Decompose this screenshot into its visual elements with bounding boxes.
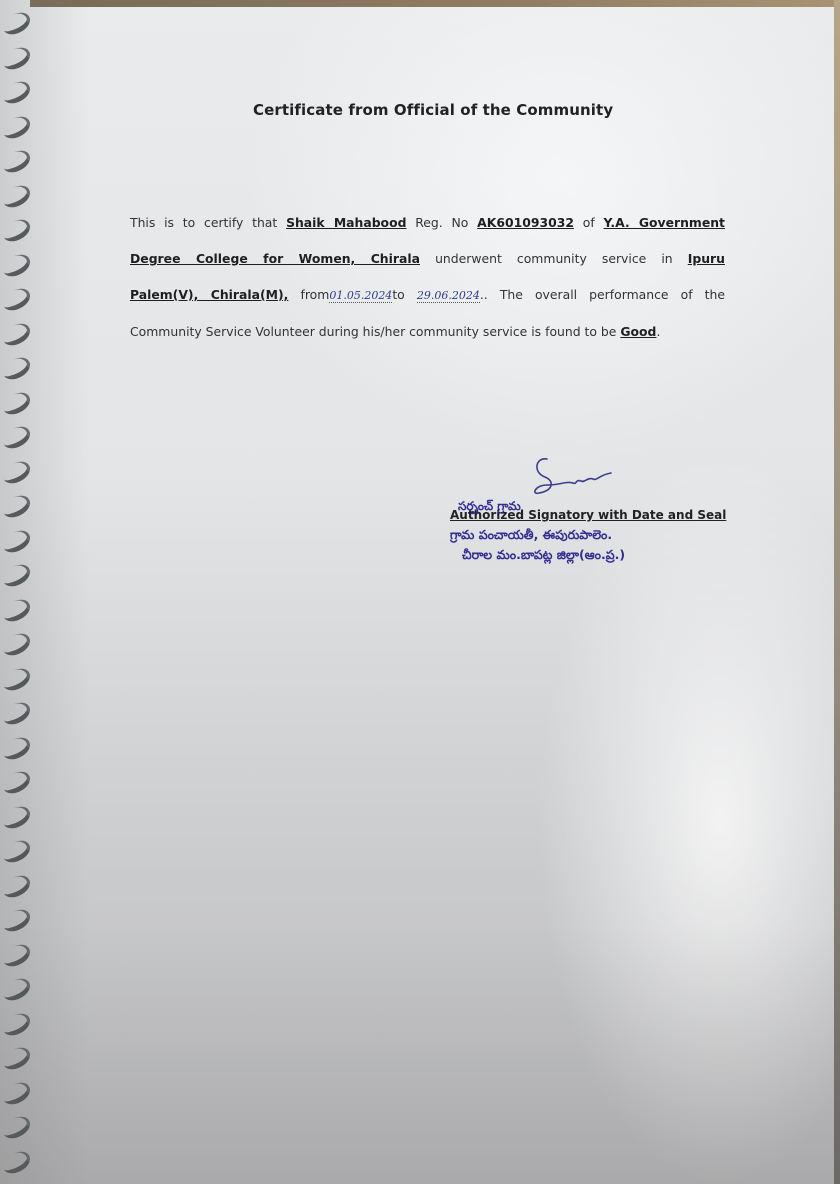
spiral-ring xyxy=(0,215,34,245)
place-name-part2: Palem(V), Chirala(M), xyxy=(130,287,288,302)
stamp-line-2: గ్రామ పంచాయతీ, ఈపురుపాలెం. xyxy=(450,527,612,546)
spiral-ring xyxy=(0,526,34,556)
spiral-ring xyxy=(0,491,34,521)
spiral-ring xyxy=(0,733,34,763)
signature-mark xyxy=(525,455,615,500)
spiral-ring xyxy=(0,905,34,935)
spiral-ring xyxy=(0,629,34,659)
intro-text: This is to certify that xyxy=(130,215,277,230)
spiral-ring xyxy=(0,1078,34,1108)
spiral-ring xyxy=(0,974,34,1004)
college-name-part2: Degree College for Women, Chirala xyxy=(130,251,420,266)
college-name-part1: Y.A. Government xyxy=(604,215,725,230)
spiral-ring xyxy=(0,388,34,418)
page-right-edge xyxy=(834,0,840,1184)
signature-block: Authorized Signatory with Date and Seal … xyxy=(430,455,730,585)
spiral-ring xyxy=(0,802,34,832)
spiral-ring xyxy=(0,595,34,625)
student-name: Shaik Mahabood xyxy=(286,215,406,230)
performance-rating: Good xyxy=(620,324,656,339)
closing-text: Community Service Volunteer during his/h… xyxy=(130,324,616,339)
spiral-ring xyxy=(0,43,34,73)
spiral-ring xyxy=(0,8,34,38)
spiral-ring xyxy=(0,422,34,452)
spiral-ring xyxy=(0,181,34,211)
spiral-ring xyxy=(0,836,34,866)
stamp-line-1: సర్పంచ్ గ్రామ xyxy=(458,499,521,516)
certificate-page: Certificate from Official of the Communi… xyxy=(0,0,840,1184)
to-date-handwritten: 29.06.2024 xyxy=(417,289,480,303)
body-line-3: Palem(V), Chirala(M), from01.05.2024to 2… xyxy=(130,277,725,314)
spiral-ring xyxy=(0,698,34,728)
spiral-ring xyxy=(0,1009,34,1039)
performance-text: .. The overall performance of the xyxy=(480,287,725,302)
spiral-binding xyxy=(0,0,40,1184)
spiral-ring xyxy=(0,353,34,383)
spiral-ring xyxy=(0,1147,34,1177)
of-text: of xyxy=(583,215,595,230)
spiral-ring xyxy=(0,664,34,694)
certificate-title: Certificate from Official of the Communi… xyxy=(253,101,613,119)
reg-label: Reg. No xyxy=(415,215,468,230)
spiral-ring xyxy=(0,940,34,970)
body-line-2: Degree College for Women, Chirala underw… xyxy=(130,241,725,277)
body-line-1: This is to certify that Shaik Mahabood R… xyxy=(130,205,725,241)
page-top-edge xyxy=(30,0,840,7)
to-label: to xyxy=(392,287,404,302)
spiral-ring xyxy=(0,319,34,349)
place-name-part1: Ipuru xyxy=(688,251,725,266)
spiral-ring xyxy=(0,1112,34,1142)
spiral-ring xyxy=(0,767,34,797)
from-date-handwritten: 01.05.2024 xyxy=(329,289,392,303)
spiral-ring xyxy=(0,457,34,487)
spiral-ring xyxy=(0,560,34,590)
stamp-line-3: చీరాల మం.బాపట్ల జిల్లా(ఆం.ప్ర.) xyxy=(462,547,625,566)
spiral-ring xyxy=(0,1043,34,1073)
certificate-body: This is to certify that Shaik Mahabood R… xyxy=(130,205,725,350)
reg-number: AK601093032 xyxy=(477,215,574,230)
end-period: . xyxy=(656,324,660,339)
underwent-text: underwent community service in xyxy=(435,251,673,266)
spiral-ring xyxy=(0,250,34,280)
spiral-ring xyxy=(0,112,34,142)
spiral-ring xyxy=(0,284,34,314)
spiral-ring xyxy=(0,77,34,107)
spiral-ring xyxy=(0,871,34,901)
spiral-ring xyxy=(0,146,34,176)
body-line-4: Community Service Volunteer during his/h… xyxy=(130,314,725,350)
from-label: from xyxy=(300,287,329,302)
